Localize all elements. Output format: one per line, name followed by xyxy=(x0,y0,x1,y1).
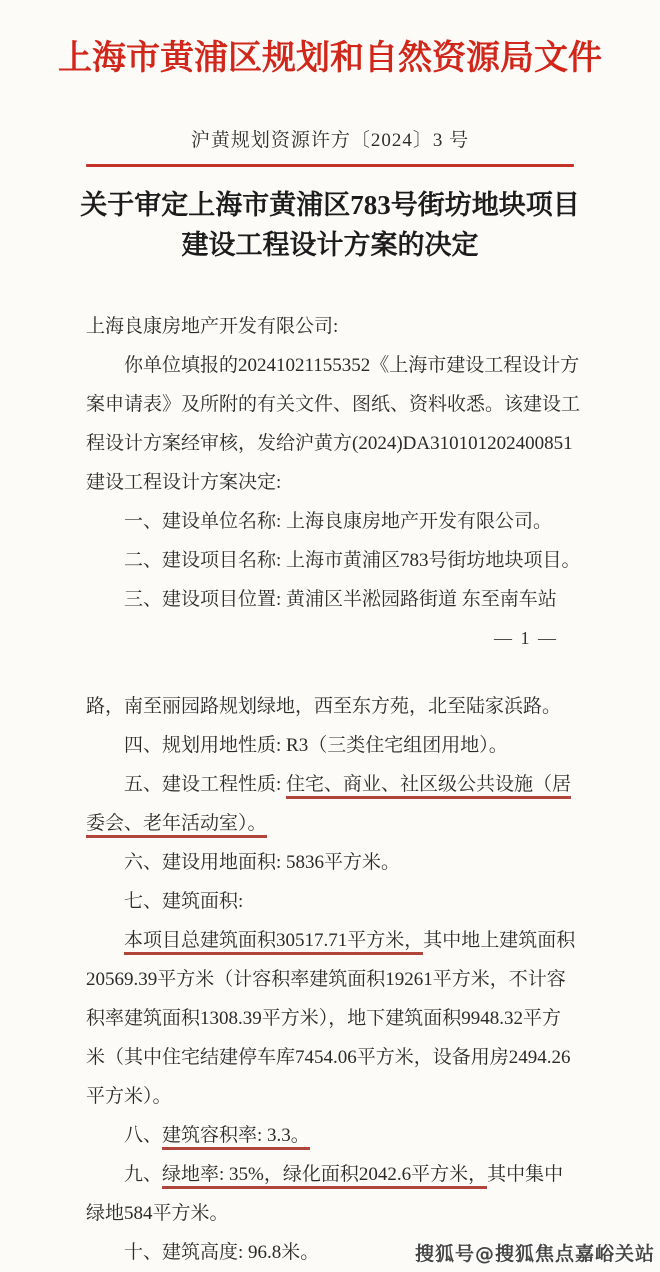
document-title-line2: 建设工程设计方案的决定 xyxy=(0,225,660,265)
page-number: — 1 — xyxy=(86,619,578,658)
line-text: 六、建设用地面积: 5836平方米。 xyxy=(124,852,400,873)
document-page: 上海市黄浦区规划和自然资源局文件 沪黄规划资源许方〔2024〕3 号 关于审定上… xyxy=(0,0,660,1272)
line-text: 案申请表》及所附的有关文件、图纸、资料收悉。该建设工 xyxy=(86,394,580,415)
line-text: 上海良康房地产开发有限公司: xyxy=(86,316,338,337)
line-text: 八、 xyxy=(124,1125,162,1146)
line-text: 其中集中 xyxy=(487,1164,563,1185)
doc-line: 米（其中住宅结建停车库7454.06平方米，设备用房2494.26 xyxy=(86,1038,578,1077)
doc-line: 七、建筑面积: xyxy=(86,882,578,921)
line-text: 七、建筑面积: xyxy=(124,891,243,912)
doc-number: 沪黄规划资源许方〔2024〕3 号 xyxy=(0,128,660,154)
line-text: 20569.39平方米（计容积率建筑面积19261平方米，不计容 xyxy=(86,969,566,990)
doc-line: 九、绿地率: 35%，绿化面积2042.6平方米，其中集中 xyxy=(86,1155,578,1194)
document-title-line1: 关于审定上海市黄浦区783号街坊地块项目 xyxy=(0,185,660,225)
line-text: 五、建设工程性质: xyxy=(124,774,286,795)
line-text: 程设计方案经审核，发给沪黄方(2024)DA310101202400851 xyxy=(86,433,573,454)
line-text: 二、建设项目名称: 上海市黄浦区783号街坊地块项目。 xyxy=(124,550,581,571)
document-body: 上海良康房地产开发有限公司: 你单位填报的20241021155352《上海市建… xyxy=(86,307,578,1272)
line-text: 四、规划用地性质: R3（三类住宅组团用地）。 xyxy=(124,735,508,756)
doc-line: 你单位填报的20241021155352《上海市建设工程设计方 xyxy=(86,346,578,385)
underlined-text: 住宅、商业、社区级公共设施（居 xyxy=(286,774,571,799)
line-text: 九、 xyxy=(124,1164,162,1185)
doc-line: 二、建设项目名称: 上海市黄浦区783号街坊地块项目。 xyxy=(86,541,578,580)
line-text: 米（其中住宅结建停车库7454.06平方米，设备用房2494.26 xyxy=(86,1047,571,1068)
watermark: 搜狐号@搜狐焦点嘉峪关站 xyxy=(415,1239,655,1266)
doc-line: 四、规划用地性质: R3（三类住宅组团用地）。 xyxy=(86,726,578,765)
doc-line: 20569.39平方米（计容积率建筑面积19261平方米，不计容 xyxy=(86,960,578,999)
line-text: 一、建设单位名称: 上海良康房地产开发有限公司。 xyxy=(124,511,552,532)
doc-line: 六、建设用地面积: 5836平方米。 xyxy=(86,843,578,882)
doc-line: 一、建设单位名称: 上海良康房地产开发有限公司。 xyxy=(86,502,578,541)
line-text: 平方米）。 xyxy=(86,1086,172,1107)
doc-line: 案申请表》及所附的有关文件、图纸、资料收悉。该建设工 xyxy=(86,385,578,424)
document-title: 关于审定上海市黄浦区783号街坊地块项目 建设工程设计方案的决定 xyxy=(0,185,660,265)
line-text: 十、建筑高度: 96.8米。 xyxy=(124,1242,319,1263)
doc-line: 本项目总建筑面积30517.71平方米，其中地上建筑面积 xyxy=(86,921,578,960)
red-divider xyxy=(86,164,574,167)
doc-line: 绿地584平方米。 xyxy=(86,1194,578,1233)
line-text: 其中地上建筑面积 xyxy=(423,930,575,951)
doc-line: 三、建设项目位置: 黄浦区半淞园路街道 东至南车站 xyxy=(86,580,578,619)
doc-line: 程设计方案经审核，发给沪黄方(2024)DA310101202400851 xyxy=(86,424,578,463)
doc-line: 上海良康房地产开发有限公司: xyxy=(86,307,578,346)
line-text: 积率建筑面积1308.39平方米），地下建筑面积9948.32平方 xyxy=(86,1008,561,1029)
agency-header: 上海市黄浦区规划和自然资源局文件 xyxy=(0,0,660,82)
underlined-text: 建筑容积率: 3.3。 xyxy=(162,1125,310,1150)
doc-line: 五、建设工程性质: 住宅、商业、社区级公共设施（居 xyxy=(86,765,578,804)
doc-line: 建设工程设计方案决定: xyxy=(86,463,578,502)
line-text: 三、建设项目位置: 黄浦区半淞园路街道 东至南车站 xyxy=(124,589,557,610)
underlined-text: 委会、老年活动室）。 xyxy=(86,813,267,838)
doc-line: 积率建筑面积1308.39平方米），地下建筑面积9948.32平方 xyxy=(86,999,578,1038)
line-text: 建设工程设计方案决定: xyxy=(86,472,281,493)
underlined-text: 本项目总建筑面积30517.71平方米， xyxy=(124,930,423,955)
line-text: 路，南至丽园路规划绿地，西至东方苑，北至陆家浜路。 xyxy=(86,696,561,717)
doc-line: 平方米）。 xyxy=(86,1077,578,1116)
line-text: 你单位填报的20241021155352《上海市建设工程设计方 xyxy=(124,355,579,376)
doc-line: 委会、老年活动室）。 xyxy=(86,804,578,843)
doc-line: 路，南至丽园路规划绿地，西至东方苑，北至陆家浜路。 xyxy=(86,687,578,726)
line-text: 绿地584平方米。 xyxy=(86,1203,229,1224)
underlined-text: 绿地率: 35%，绿化面积2042.6平方米， xyxy=(162,1164,487,1189)
doc-line: 八、建筑容积率: 3.3。 xyxy=(86,1116,578,1155)
